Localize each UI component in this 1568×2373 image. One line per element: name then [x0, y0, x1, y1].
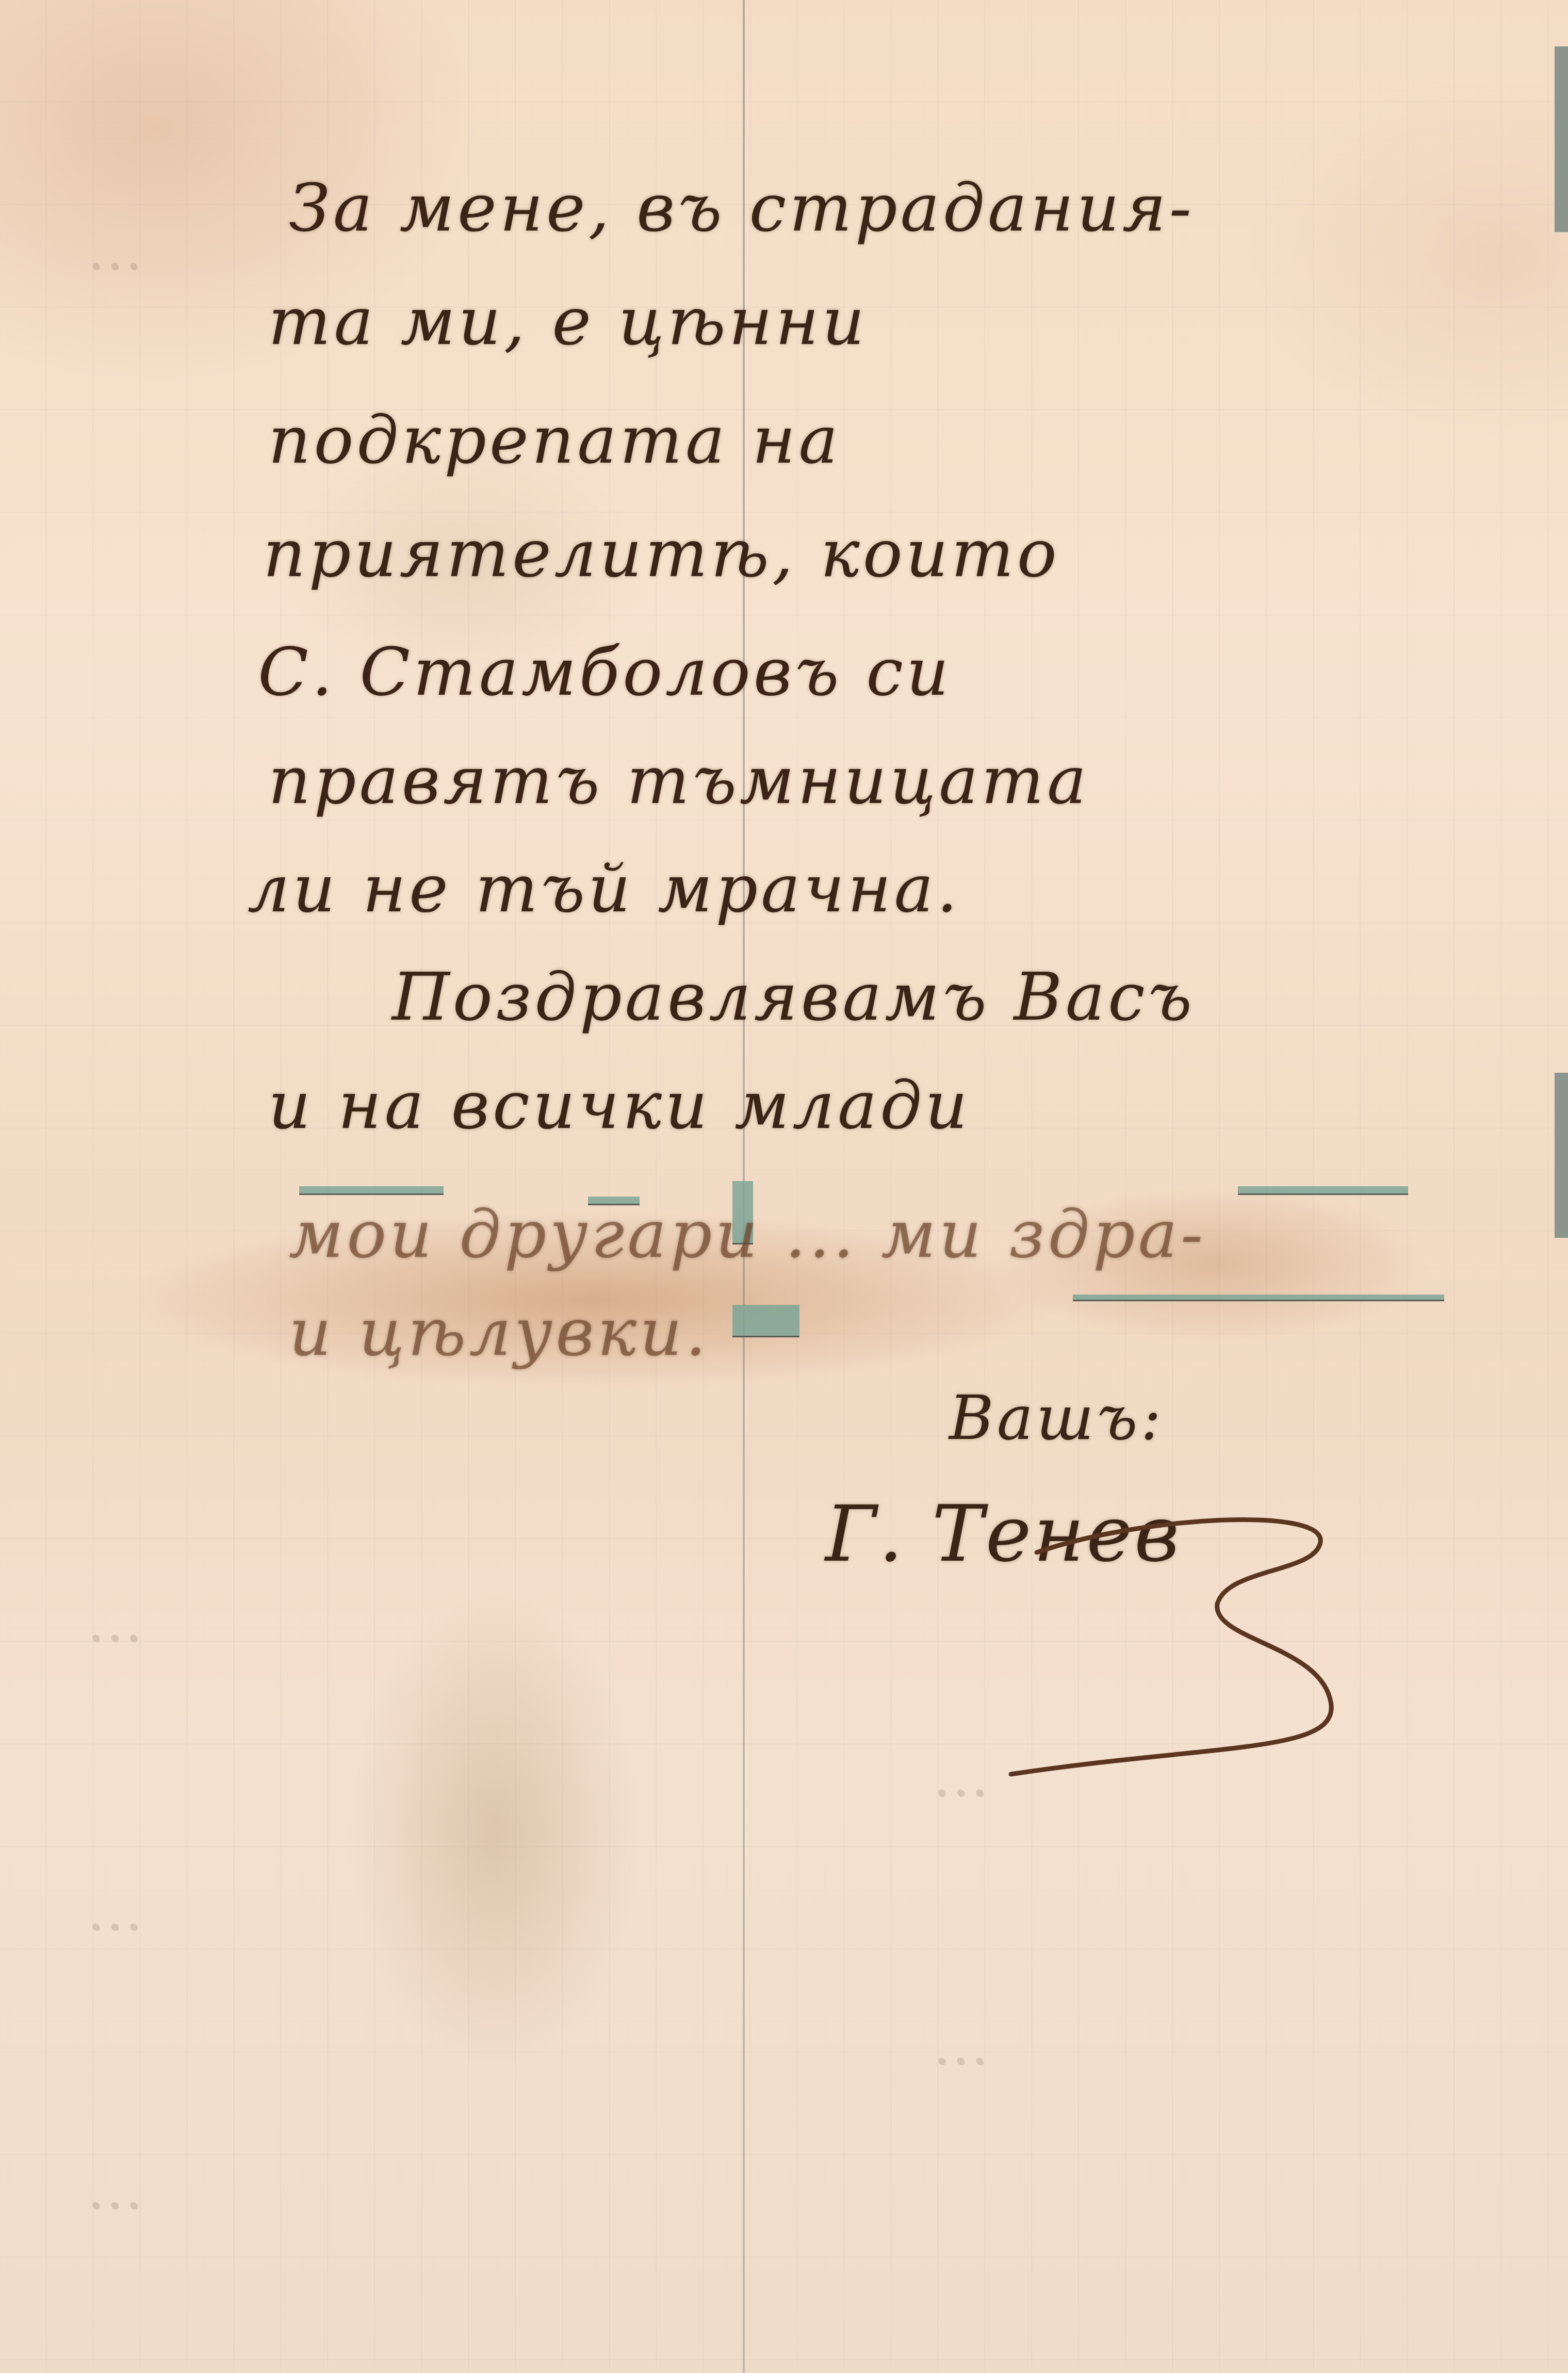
body-line: С. Стамболовъ си	[258, 640, 952, 706]
showthrough-text: …	[83, 217, 143, 283]
body-line: и на всички млади	[268, 1073, 971, 1139]
letter-page: … … … … … … За мене, въ страдания- та ми…	[0, 0, 1568, 2373]
backing-strip-mid	[1555, 1073, 1568, 1238]
signature-flourish-icon	[805, 1496, 1372, 1785]
body-line-damaged: мои другари ... ми здра-	[289, 1202, 1206, 1268]
showthrough-text: …	[83, 1877, 143, 1943]
closing-salutation: Вашъ:	[949, 1387, 1164, 1448]
tear-fold-right	[1238, 1186, 1408, 1195]
body-line: приятелитѣ, които	[263, 521, 1060, 587]
body-line: та ми, е цѣнни	[268, 289, 868, 355]
tear-fold-left	[299, 1186, 444, 1195]
showthrough-text: …	[928, 2011, 989, 2077]
body-line: ли не тъй мрачна.	[248, 856, 961, 922]
showthrough-text: …	[83, 2156, 143, 2222]
body-line-damaged: и цѣлувки.	[289, 1300, 709, 1366]
tear-fold-lower-center	[732, 1305, 799, 1337]
tear-fold-lower	[1073, 1295, 1444, 1301]
body-line: Поздравлявамъ Васъ	[392, 964, 1195, 1030]
body-line: За мене, въ страдания-	[289, 175, 1195, 241]
body-line: подкрепата на	[268, 407, 841, 473]
showthrough-text: …	[83, 1589, 143, 1655]
body-line: правятъ тъмницата	[268, 748, 1089, 814]
backing-strip-top	[1555, 46, 1568, 232]
